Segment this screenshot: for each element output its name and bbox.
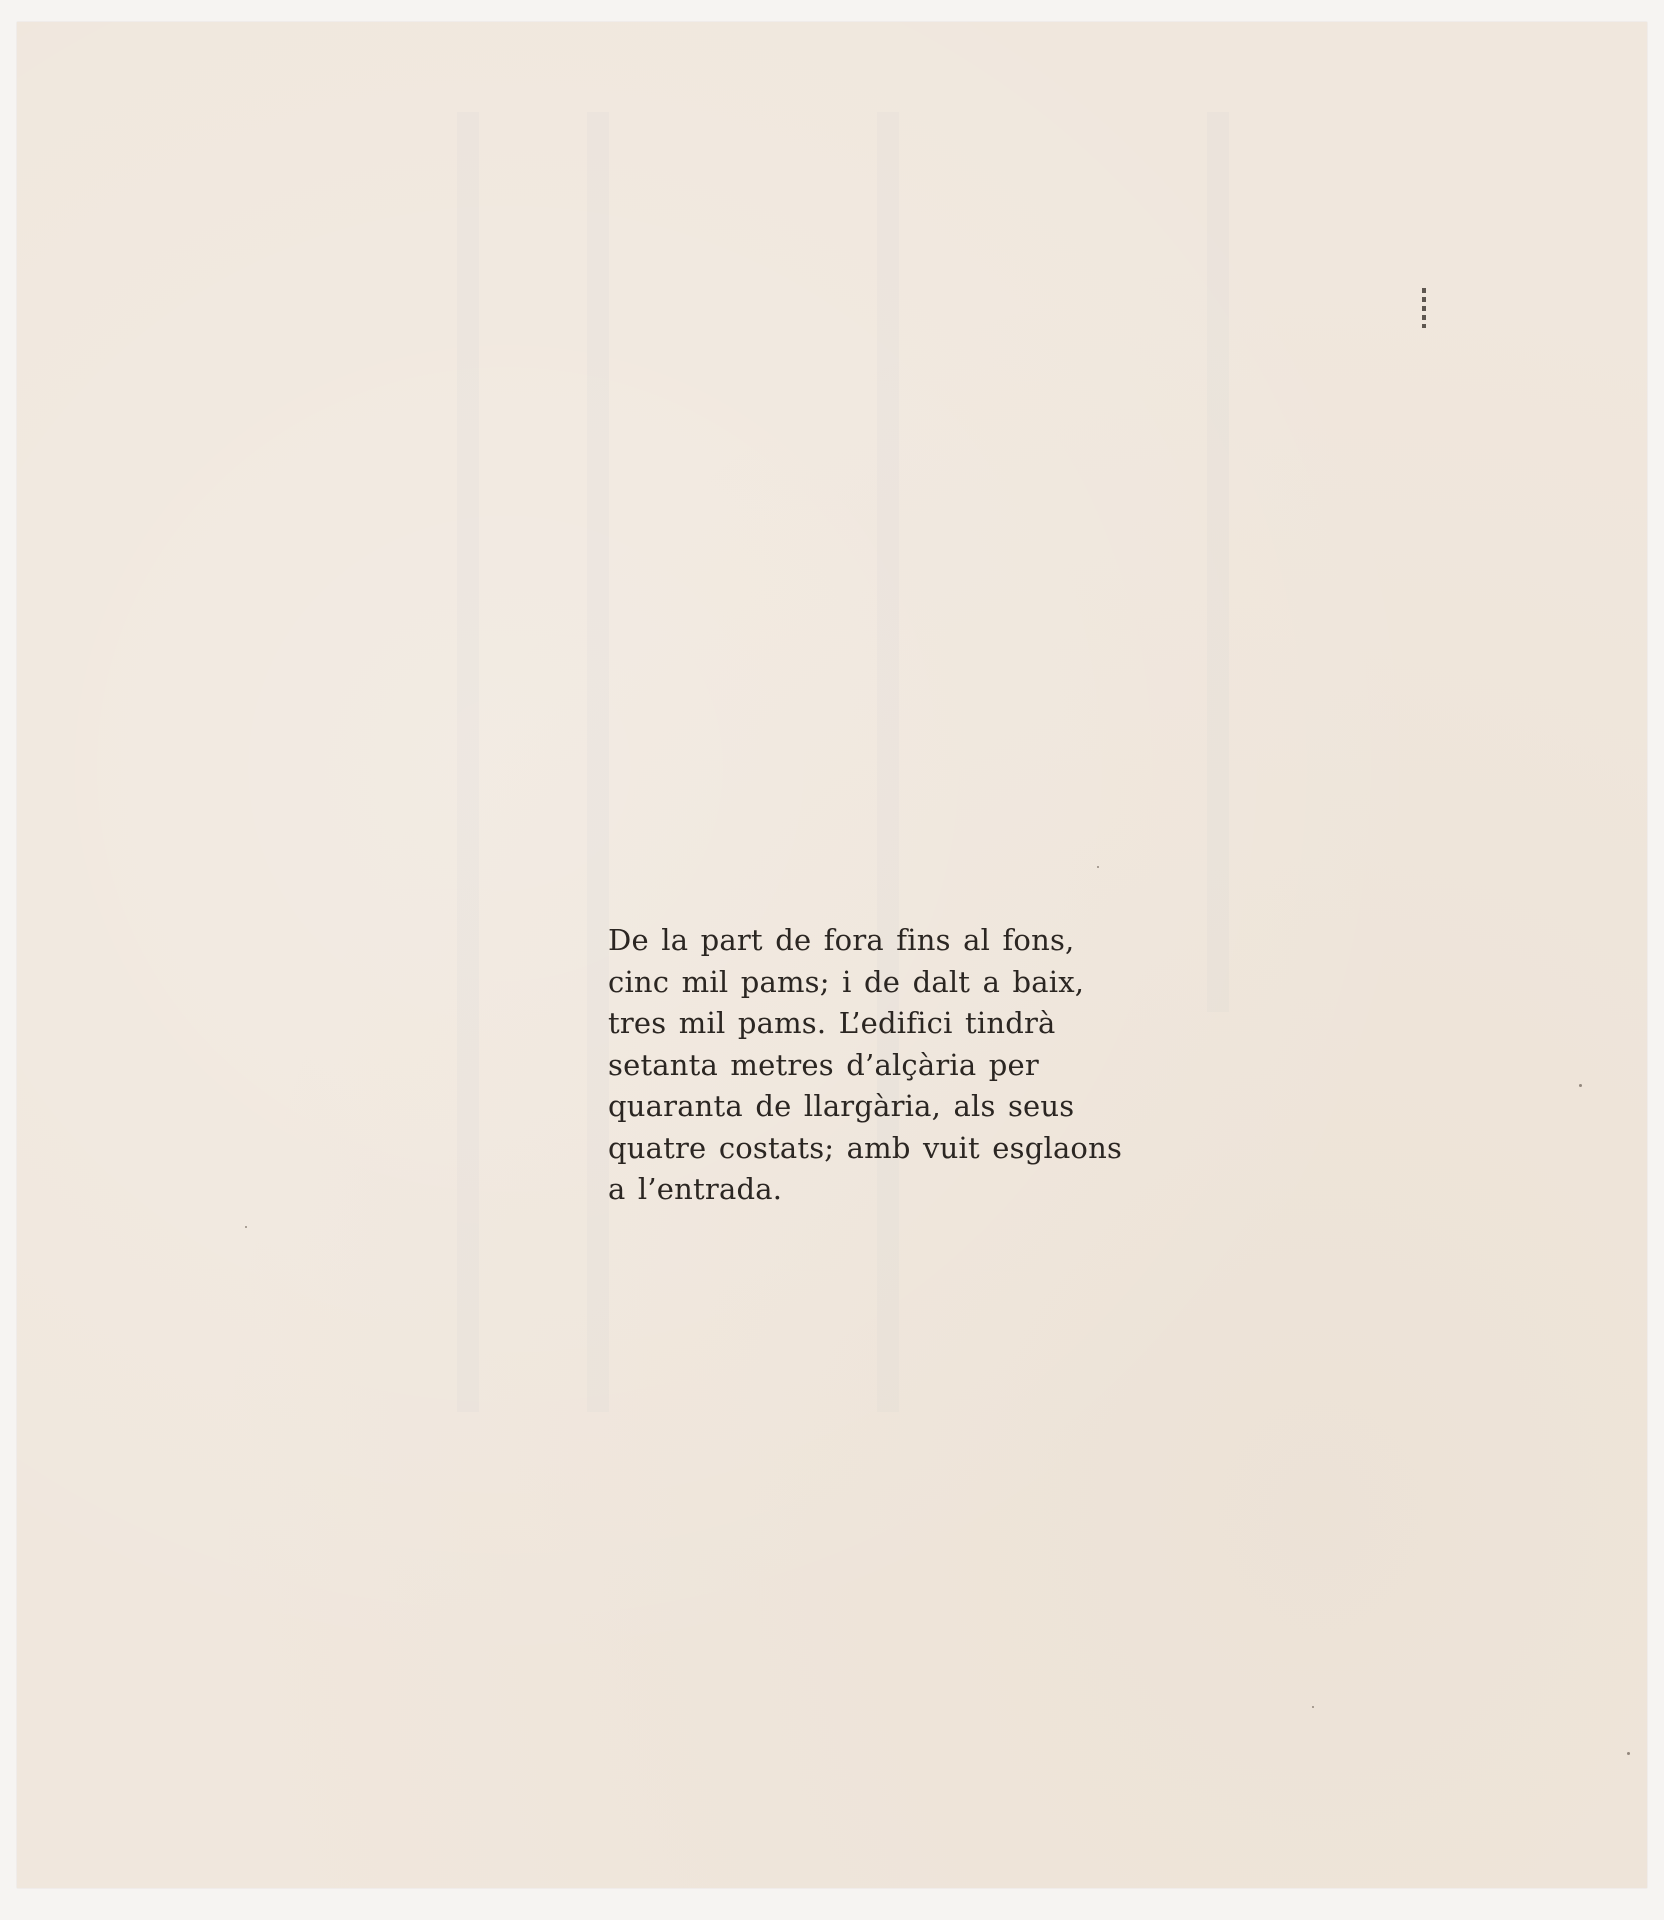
- poem-line: De la part de fora fins al fons,: [608, 920, 1168, 962]
- poem-line: a l’entrada.: [608, 1169, 1168, 1211]
- poem-text-block: De la part de fora fins al fons, cinc mi…: [608, 920, 1168, 1211]
- scan-background: De la part de fora fins al fons, cinc mi…: [0, 0, 1664, 1920]
- paper-speck: [1579, 1084, 1582, 1087]
- show-through-column: [1207, 112, 1229, 1012]
- poem-line: quaranta de llargària, als seus: [608, 1086, 1168, 1128]
- ink-mark: [1422, 288, 1426, 328]
- poem-line: quatre costats; amb vuit esglaons: [608, 1128, 1168, 1170]
- poem-line: tres mil pams. L’edifici tindrà: [608, 1003, 1168, 1045]
- paper-speck: [1627, 1752, 1630, 1755]
- paper-speck: [1097, 866, 1099, 868]
- paper-speck: [1312, 1706, 1314, 1708]
- poem-line: setanta metres d’alçària per: [608, 1045, 1168, 1087]
- paper-speck: [245, 1226, 247, 1228]
- show-through-column: [587, 112, 609, 1412]
- show-through-column: [457, 112, 479, 1412]
- show-through-column: [877, 112, 899, 1412]
- poem-line: cinc mil pams; i de dalt a baix,: [608, 962, 1168, 1004]
